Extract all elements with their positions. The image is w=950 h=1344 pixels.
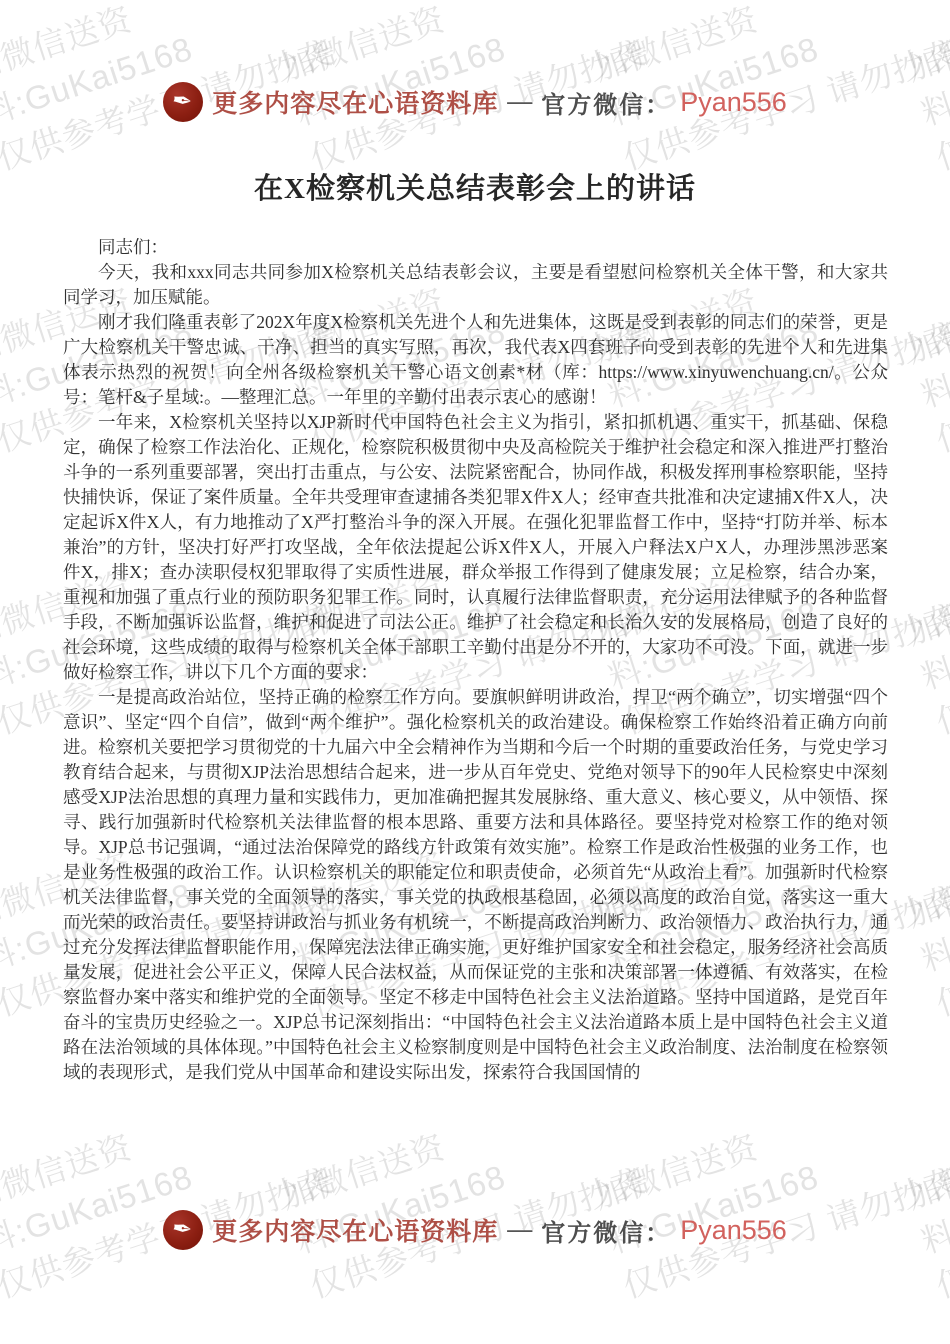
- watermark-text: 加微信送资料:GuKai5168仅供参考学习 请勿抄袭: [901, 503, 950, 745]
- paragraph: 一年来，X检察机关坚持以XJP新时代中国特色社会主义为指引，紧扣抓机遇、重实干，…: [63, 410, 888, 685]
- watermark-text: 加微信送资料:GuKai5168仅供参考学习 请勿抄袭: [588, 1067, 950, 1309]
- watermark-text: 加微信送资料:GuKai5168仅供参考学习 请勿抄袭: [275, 1067, 652, 1309]
- paragraph: 一是提高政治站位，坚持正确的检察工作方向。要旗帜鲜明讲政治，捍卫“两个确立”，切…: [63, 685, 888, 1085]
- paragraph: 同志们：: [63, 235, 888, 260]
- document-body: 同志们： 今天，我和xxx同志共同参加X检察机关总结表彰会议，主要是看望慰问检察…: [63, 235, 888, 1085]
- pen-nib-glyph: ✒: [171, 88, 194, 115]
- pen-nib-icon: ✒: [163, 1210, 203, 1250]
- paragraph: 今天，我和xxx同志共同参加X检察机关总结表彰会议，主要是看望慰问检察机关全体干…: [63, 260, 888, 310]
- document-title: 在X检察机关总结表彰会上的讲话: [0, 166, 950, 207]
- paragraph: 刚才我们隆重表彰了202X年度X检察机关先进个人和先进集体，这既是受到表彰的同志…: [63, 310, 888, 410]
- wechat-id: Pyan556: [680, 1215, 787, 1246]
- watermark-text: 加微信送资料:GuKai5168仅供参考学习 请勿抄袭: [901, 1067, 950, 1309]
- pen-nib-icon: ✒: [163, 82, 203, 122]
- brand-separator: —: [507, 88, 532, 116]
- wechat-id: Pyan556: [680, 87, 787, 118]
- brand-text: 更多内容尽在心语资料库: [212, 1212, 498, 1248]
- brand-separator: —: [507, 1216, 532, 1244]
- wechat-label: 官方微信：: [541, 1213, 671, 1248]
- watermark-text: 加微信送资料:GuKai5168仅供参考学习 请勿抄袭: [901, 785, 950, 1027]
- brand-text: 更多内容尽在心语资料库: [212, 84, 498, 120]
- pen-nib-glyph: ✒: [171, 1216, 194, 1243]
- watermark-text: 加微信送资料:GuKai5168仅供参考学习 请勿抄袭: [901, 221, 950, 463]
- watermark-text: 加微信送资料:GuKai5168仅供参考学习 请勿抄袭: [0, 1067, 338, 1309]
- document-page: 加微信送资料:GuKai5168仅供参考学习 请勿抄袭加微信送资料:GuKai5…: [0, 0, 950, 1344]
- page-header: ✒ 更多内容尽在心语资料库 — 官方微信： Pyan556: [0, 82, 950, 122]
- wechat-label: 官方微信：: [541, 85, 671, 120]
- page-footer: ✒ 更多内容尽在心语资料库 — 官方微信： Pyan556: [0, 1210, 950, 1250]
